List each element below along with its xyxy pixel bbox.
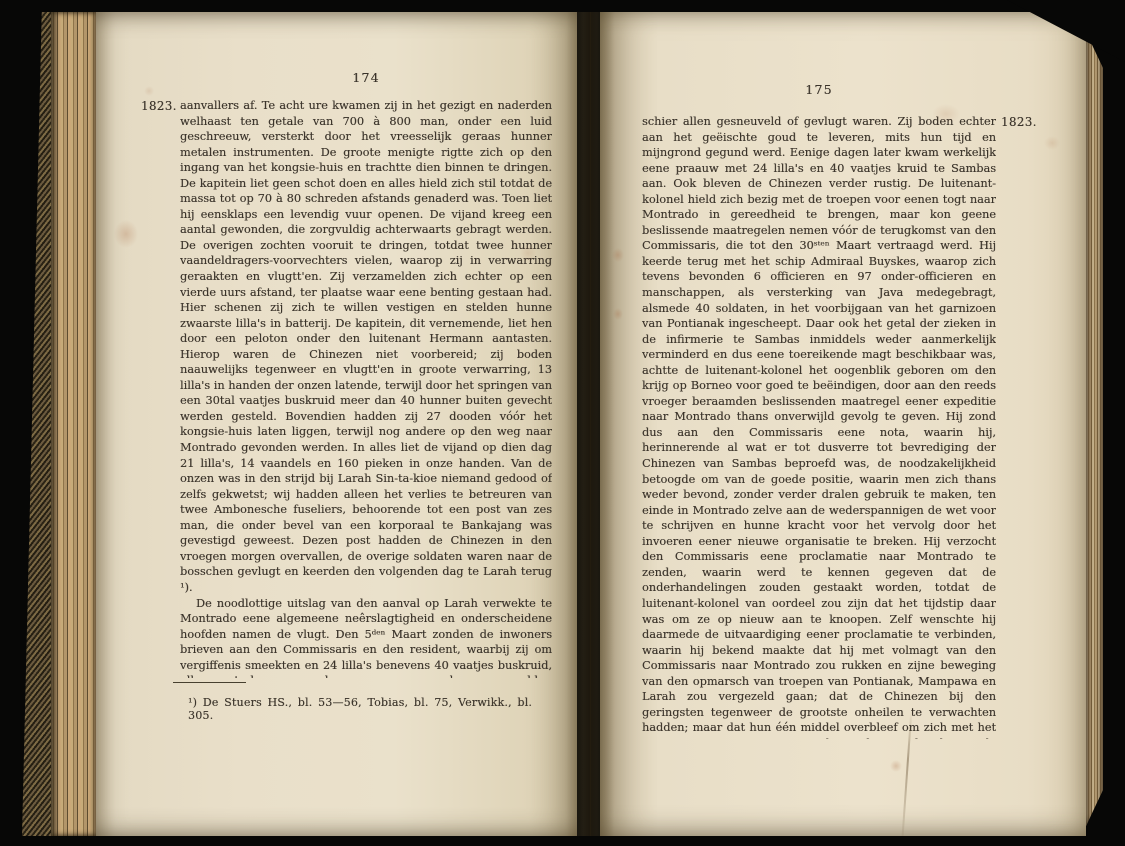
body-text: aanvallers af. Te acht ure kwamen zij in… xyxy=(180,98,552,678)
page-number: 175 xyxy=(642,82,996,97)
page-edge-stripes xyxy=(51,12,98,836)
right-page: 175 1823. schier allen gesneuveld of gev… xyxy=(600,12,1086,836)
body-text: schier allen gesneuveld of gevlugt waren… xyxy=(642,114,996,739)
paragraph-continuation: aanvallers af. Te acht ure kwamen zij in… xyxy=(180,98,552,596)
book-spread-photo: 174 1823. aanvallers af. Te acht ure kwa… xyxy=(0,0,1125,846)
footnote: ¹) De Stuers HS., bl. 53—56, Tobias, bl.… xyxy=(188,696,548,722)
paragraph-continuation: schier allen gesneuveld of gevlugt waren… xyxy=(642,114,996,739)
footnote-rule xyxy=(173,682,246,683)
margin-year: 1823. xyxy=(1001,115,1037,129)
left-page-edges xyxy=(22,12,98,836)
stain xyxy=(890,760,902,772)
stain xyxy=(613,308,623,320)
stain xyxy=(1044,136,1060,150)
gutter-shadow xyxy=(566,12,614,836)
margin-year: 1823. xyxy=(141,99,177,113)
binding-cloth-texture xyxy=(22,12,54,836)
paragraph: De noodlottige uitslag van den aanval op… xyxy=(180,596,552,679)
page-number: 174 xyxy=(180,70,552,85)
stain xyxy=(144,86,154,96)
stain xyxy=(114,220,138,248)
right-page-edges xyxy=(1086,28,1103,830)
left-page: 174 1823. aanvallers af. Te acht ure kwa… xyxy=(96,12,577,836)
